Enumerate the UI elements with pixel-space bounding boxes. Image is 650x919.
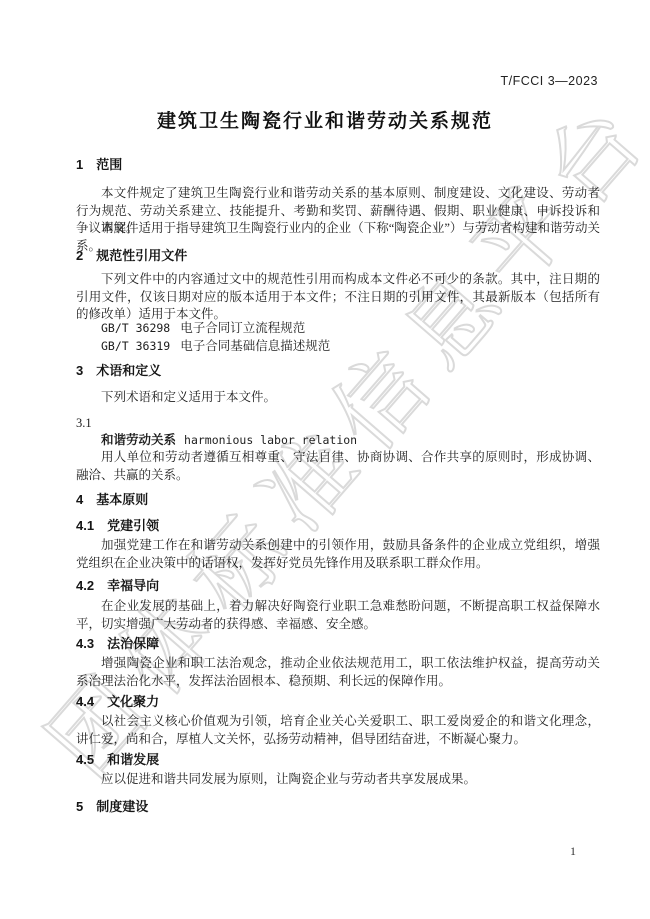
- term-chinese: 和谐劳动关系: [101, 433, 176, 447]
- subsection-4-2-title: 幸福导向: [107, 578, 159, 593]
- page-body: 1范围 本文件规定了建筑卫生陶瓷行业和谐劳动关系的基本原则、制度建设、文化建设、…: [76, 0, 600, 919]
- reference-item: GB/T 36319电子合同基础信息描述规范: [101, 338, 330, 355]
- subsection-4-2-heading: 4.2幸福导向: [76, 578, 159, 593]
- term-english: harmonious labor relation: [184, 433, 357, 447]
- subsection-4-2-paragraph: 在企业发展的基础上，着力解决好陶瓷行业职工急难愁盼问题，不断提高职工权益保障水平…: [76, 598, 600, 633]
- term-definition: 用人单位和劳动者遵循互相尊重、守法自律、协商协调、合作共享的原则时，形成协调、融…: [76, 449, 600, 484]
- section-4-heading: 4基本原则: [76, 492, 148, 507]
- reference-name: 电子合同订立流程规范: [180, 321, 305, 335]
- subsection-4-3-number: 4.3: [76, 636, 94, 651]
- subsection-4-3-title: 法治保障: [107, 636, 159, 651]
- subsection-4-5-title: 和谐发展: [107, 752, 159, 767]
- reference-item: GB/T 36298电子合同订立流程规范: [101, 320, 305, 337]
- section-2-heading: 2规范性引用文件: [76, 248, 187, 263]
- section-1-title: 范围: [96, 157, 122, 172]
- section-5-title: 制度建设: [96, 799, 148, 814]
- subsection-4-1-paragraph: 加强党建工作在和谐劳动关系创建中的引领作用，鼓励具备条件的企业成立党组织，增强党…: [76, 537, 600, 572]
- section-3-heading: 3术语和定义: [76, 363, 161, 378]
- section-3-number: 3: [76, 363, 83, 378]
- standard-code: T/FCCI 3—2023: [500, 74, 598, 88]
- section-1-heading: 1范围: [76, 157, 122, 172]
- subsection-4-4-heading: 4.4文化聚力: [76, 694, 159, 709]
- subsection-4-5-heading: 4.5和谐发展: [76, 752, 159, 767]
- section-1-number: 1: [76, 157, 83, 172]
- terms-intro-paragraph: 下列术语和定义适用于本文件。: [76, 389, 600, 407]
- normative-references-paragraph: 下列文件中的内容通过文中的规范性引用而构成本文件必不可少的条款。其中，注日期的引…: [76, 271, 600, 324]
- section-4-title: 基本原则: [96, 492, 148, 507]
- subsection-4-4-paragraph: 以社会主义核心价值观为引领，培育企业关心关爱职工、职工爱岗爱企的和谐文化理念，讲…: [76, 713, 600, 748]
- subsection-4-3-heading: 4.3法治保障: [76, 636, 159, 651]
- section-2-number: 2: [76, 248, 83, 263]
- term-number: 3.1: [76, 415, 92, 432]
- section-5-number: 5: [76, 799, 83, 814]
- subsection-4-4-number: 4.4: [76, 694, 94, 709]
- term-entry: 和谐劳动关系harmonious labor relation: [101, 432, 357, 449]
- subsection-4-2-number: 4.2: [76, 578, 94, 593]
- document-title: 建筑卫生陶瓷行业和谐劳动关系规范: [0, 106, 650, 133]
- reference-code: GB/T 36298: [101, 321, 170, 335]
- subsection-4-5-number: 4.5: [76, 752, 94, 767]
- page-number: 1: [570, 844, 576, 859]
- reference-code: GB/T 36319: [101, 339, 170, 353]
- section-5-heading: 5制度建设: [76, 799, 148, 814]
- reference-name: 电子合同基础信息描述规范: [180, 339, 330, 353]
- document-page: 团体标准信息平台 T/FCCI 3—2023 建筑卫生陶瓷行业和谐劳动关系规范 …: [0, 0, 650, 919]
- subsection-4-1-number: 4.1: [76, 518, 94, 533]
- subsection-4-5-paragraph: 应以促进和谐共同发展为原则，让陶瓷企业与劳动者共享发展成果。: [76, 771, 600, 789]
- section-4-number: 4: [76, 492, 83, 507]
- subsection-4-1-heading: 4.1党建引领: [76, 518, 159, 533]
- subsection-4-1-title: 党建引领: [107, 518, 159, 533]
- section-3-title: 术语和定义: [96, 363, 161, 378]
- subsection-4-3-paragraph: 增强陶瓷企业和职工法治观念，推动企业依法规范用工，职工依法维护权益，提高劳动关系…: [76, 655, 600, 690]
- subsection-4-4-title: 文化聚力: [107, 694, 159, 709]
- section-2-title: 规范性引用文件: [96, 248, 187, 263]
